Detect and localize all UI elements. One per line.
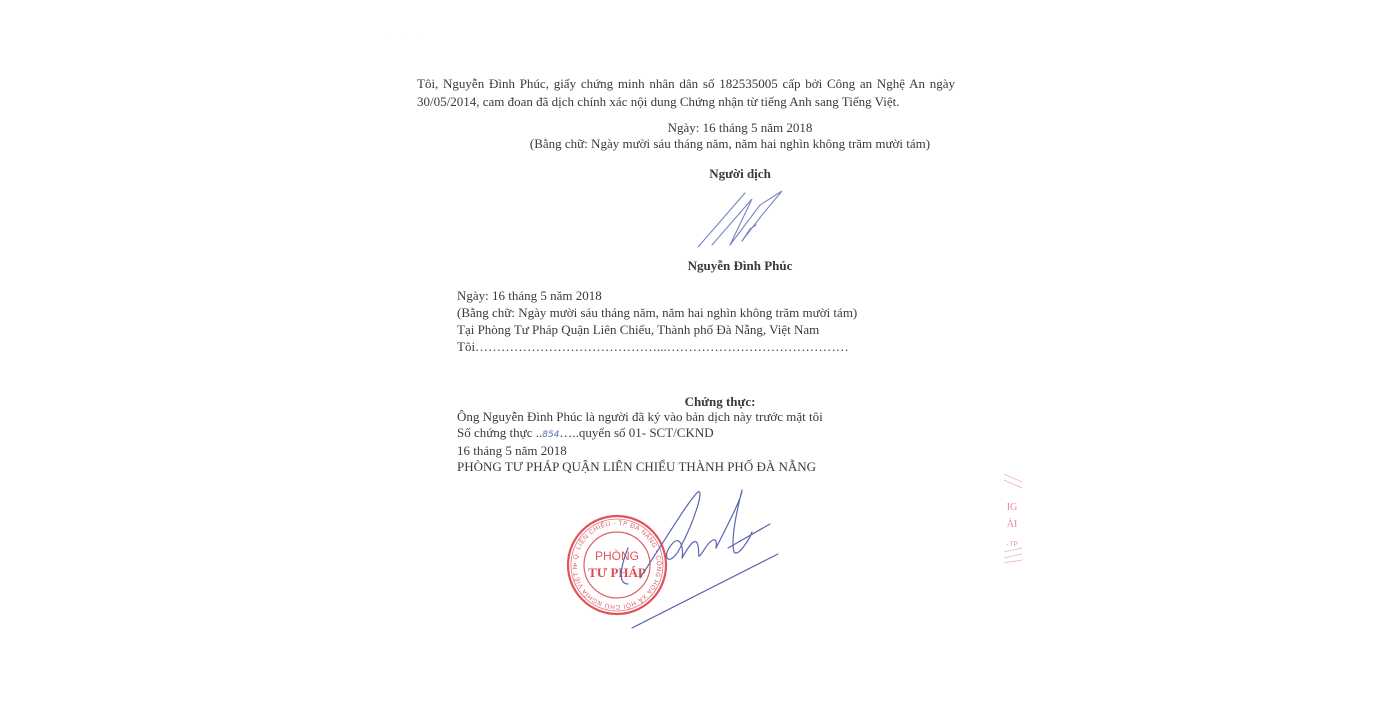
declaration-paragraph: Tôi, Nguyễn Đình Phúc, giấy chứng minh n… — [417, 75, 955, 111]
notary-date: Ngày: 16 tháng 5 năm 2018 — [457, 287, 857, 304]
edge-stamp-fragment: IG ÀI - TP — [1000, 470, 1028, 570]
translator-title: Người dịch — [640, 166, 840, 182]
svg-text:ÀI: ÀI — [1007, 518, 1018, 530]
certification-number: Số chứng thực ..854…..quyển số 01- SCT/C… — [457, 425, 823, 444]
translator-date-words: (Bằng chữ: Ngày mười sáu tháng năm, năm … — [510, 136, 950, 152]
notary-place: Tại Phòng Tư Pháp Quận Liên Chiểu, Thành… — [457, 321, 857, 338]
certification-date: 16 tháng 5 năm 2018 — [457, 443, 823, 459]
translator-signature — [690, 185, 790, 255]
certification-office: PHÒNG TƯ PHÁP QUẬN LIÊN CHIỂU THÀNH PHỐ … — [457, 459, 823, 475]
notary-date-words: (Bằng chữ: Ngày mười sáu tháng năm, năm … — [457, 304, 857, 321]
notary-signature — [600, 488, 790, 633]
svg-text:- TP: - TP — [1006, 542, 1017, 548]
translator-date: Ngày: 16 tháng 5 năm 2018 — [540, 120, 940, 136]
certification-block: Ông Nguyễn Đình Phúc là người đã ký vào … — [457, 409, 823, 474]
handwritten-number: 854 — [542, 430, 559, 440]
certification-title: Chứng thực: — [640, 394, 800, 410]
translator-name: Nguyễn Đình Phúc — [640, 258, 840, 274]
notary-statement: Tôi……………………………………...…………………………………… — [457, 338, 857, 355]
notary-block: Ngày: 16 tháng 5 năm 2018 (Bằng chữ: Ngà… — [457, 287, 857, 355]
scan-artifact: · · · — [385, 35, 424, 41]
declaration-line-2: 30/05/2014, cam đoan đã dịch chính xác n… — [417, 94, 899, 109]
svg-text:IG: IG — [1007, 502, 1018, 513]
certification-line: Ông Nguyễn Đình Phúc là người đã ký vào … — [457, 409, 823, 425]
declaration-line-1: Tôi, Nguyễn Đình Phúc, giấy chứng minh n… — [417, 75, 955, 93]
